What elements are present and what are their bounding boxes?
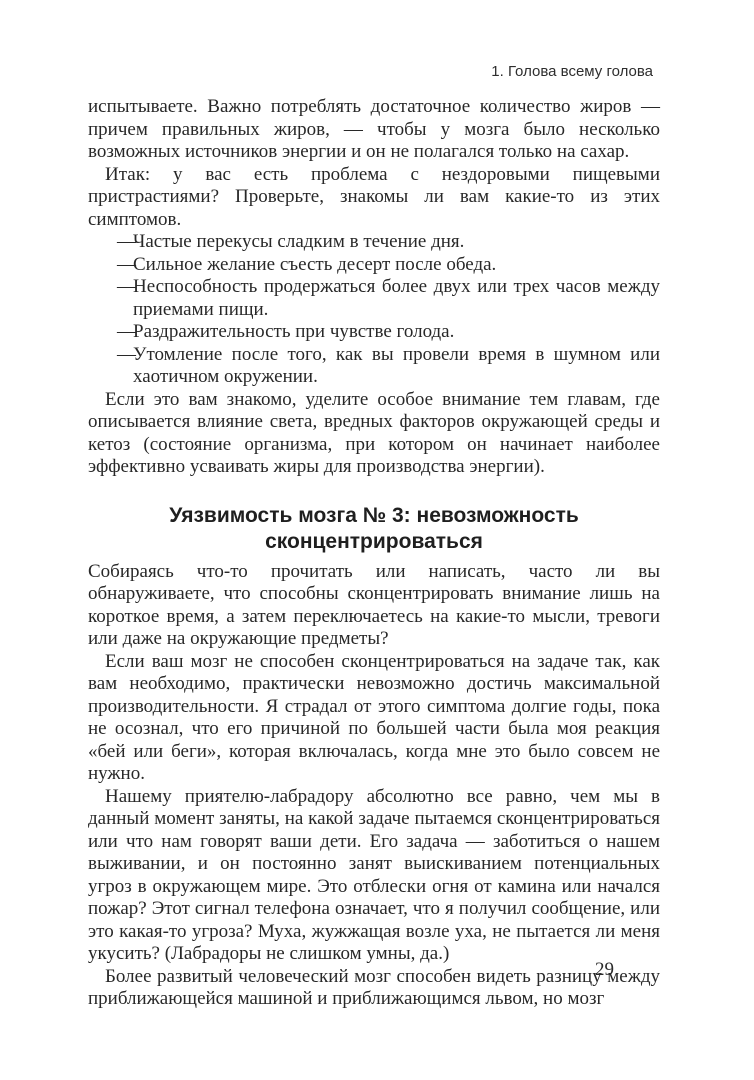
book-page: 1. Голова всему голова испытываете. Важн… — [0, 0, 754, 1080]
list-item-text: Раздражительность при чувстве голода. — [133, 321, 454, 342]
paragraph-labrador: Нашему приятелю-лабрадору абсолютно все … — [88, 786, 660, 966]
list-dash: — — [117, 321, 136, 344]
symptom-list: — Частые перекусы сладким в течение дня.… — [88, 231, 660, 389]
paragraph-fats-continuation: испытываете. Важно потреблять достаточно… — [88, 96, 660, 164]
list-item-text: Частые перекусы сладким в течение дня. — [133, 231, 464, 252]
paragraph-human-brain: Более развитый человеческий мозг способе… — [88, 966, 660, 1011]
section-heading: Уязвимость мозга № 3: невозможность скон… — [88, 503, 660, 555]
list-dash: — — [117, 344, 136, 367]
list-item: — Частые перекусы сладким в течение дня. — [88, 231, 660, 254]
running-head: 1. Голова всему голова — [88, 63, 653, 81]
text-block: испытываете. Важно потреблять достаточно… — [88, 96, 660, 1011]
list-dash: — — [117, 231, 136, 254]
list-item-text: Утомление после того, как вы провели вре… — [133, 344, 660, 388]
paragraph-question: Итак: у вас есть проблема с нездоровыми … — [88, 164, 660, 232]
page-number: 29 — [595, 959, 614, 981]
paragraph-focus-intro: Собираясь что-то прочитать или написать,… — [88, 561, 660, 651]
list-item-text: Сильное желание съесть десерт после обед… — [133, 254, 496, 275]
list-item: — Раздражительность при чувстве голода. — [88, 321, 660, 344]
list-item: — Утомление после того, как вы провели в… — [88, 344, 660, 389]
paragraph-focus-personal: Если ваш мозг не способен сконцентрирова… — [88, 651, 660, 786]
list-dash: — — [117, 254, 136, 277]
list-item: — Неспособность продержаться более двух … — [88, 276, 660, 321]
list-dash: — — [117, 276, 136, 299]
list-item: — Сильное желание съесть десерт после об… — [88, 254, 660, 277]
list-item-text: Неспособность продержаться более двух ил… — [133, 276, 660, 320]
paragraph-advice: Если это вам знакомо, уделите особое вни… — [88, 389, 660, 479]
